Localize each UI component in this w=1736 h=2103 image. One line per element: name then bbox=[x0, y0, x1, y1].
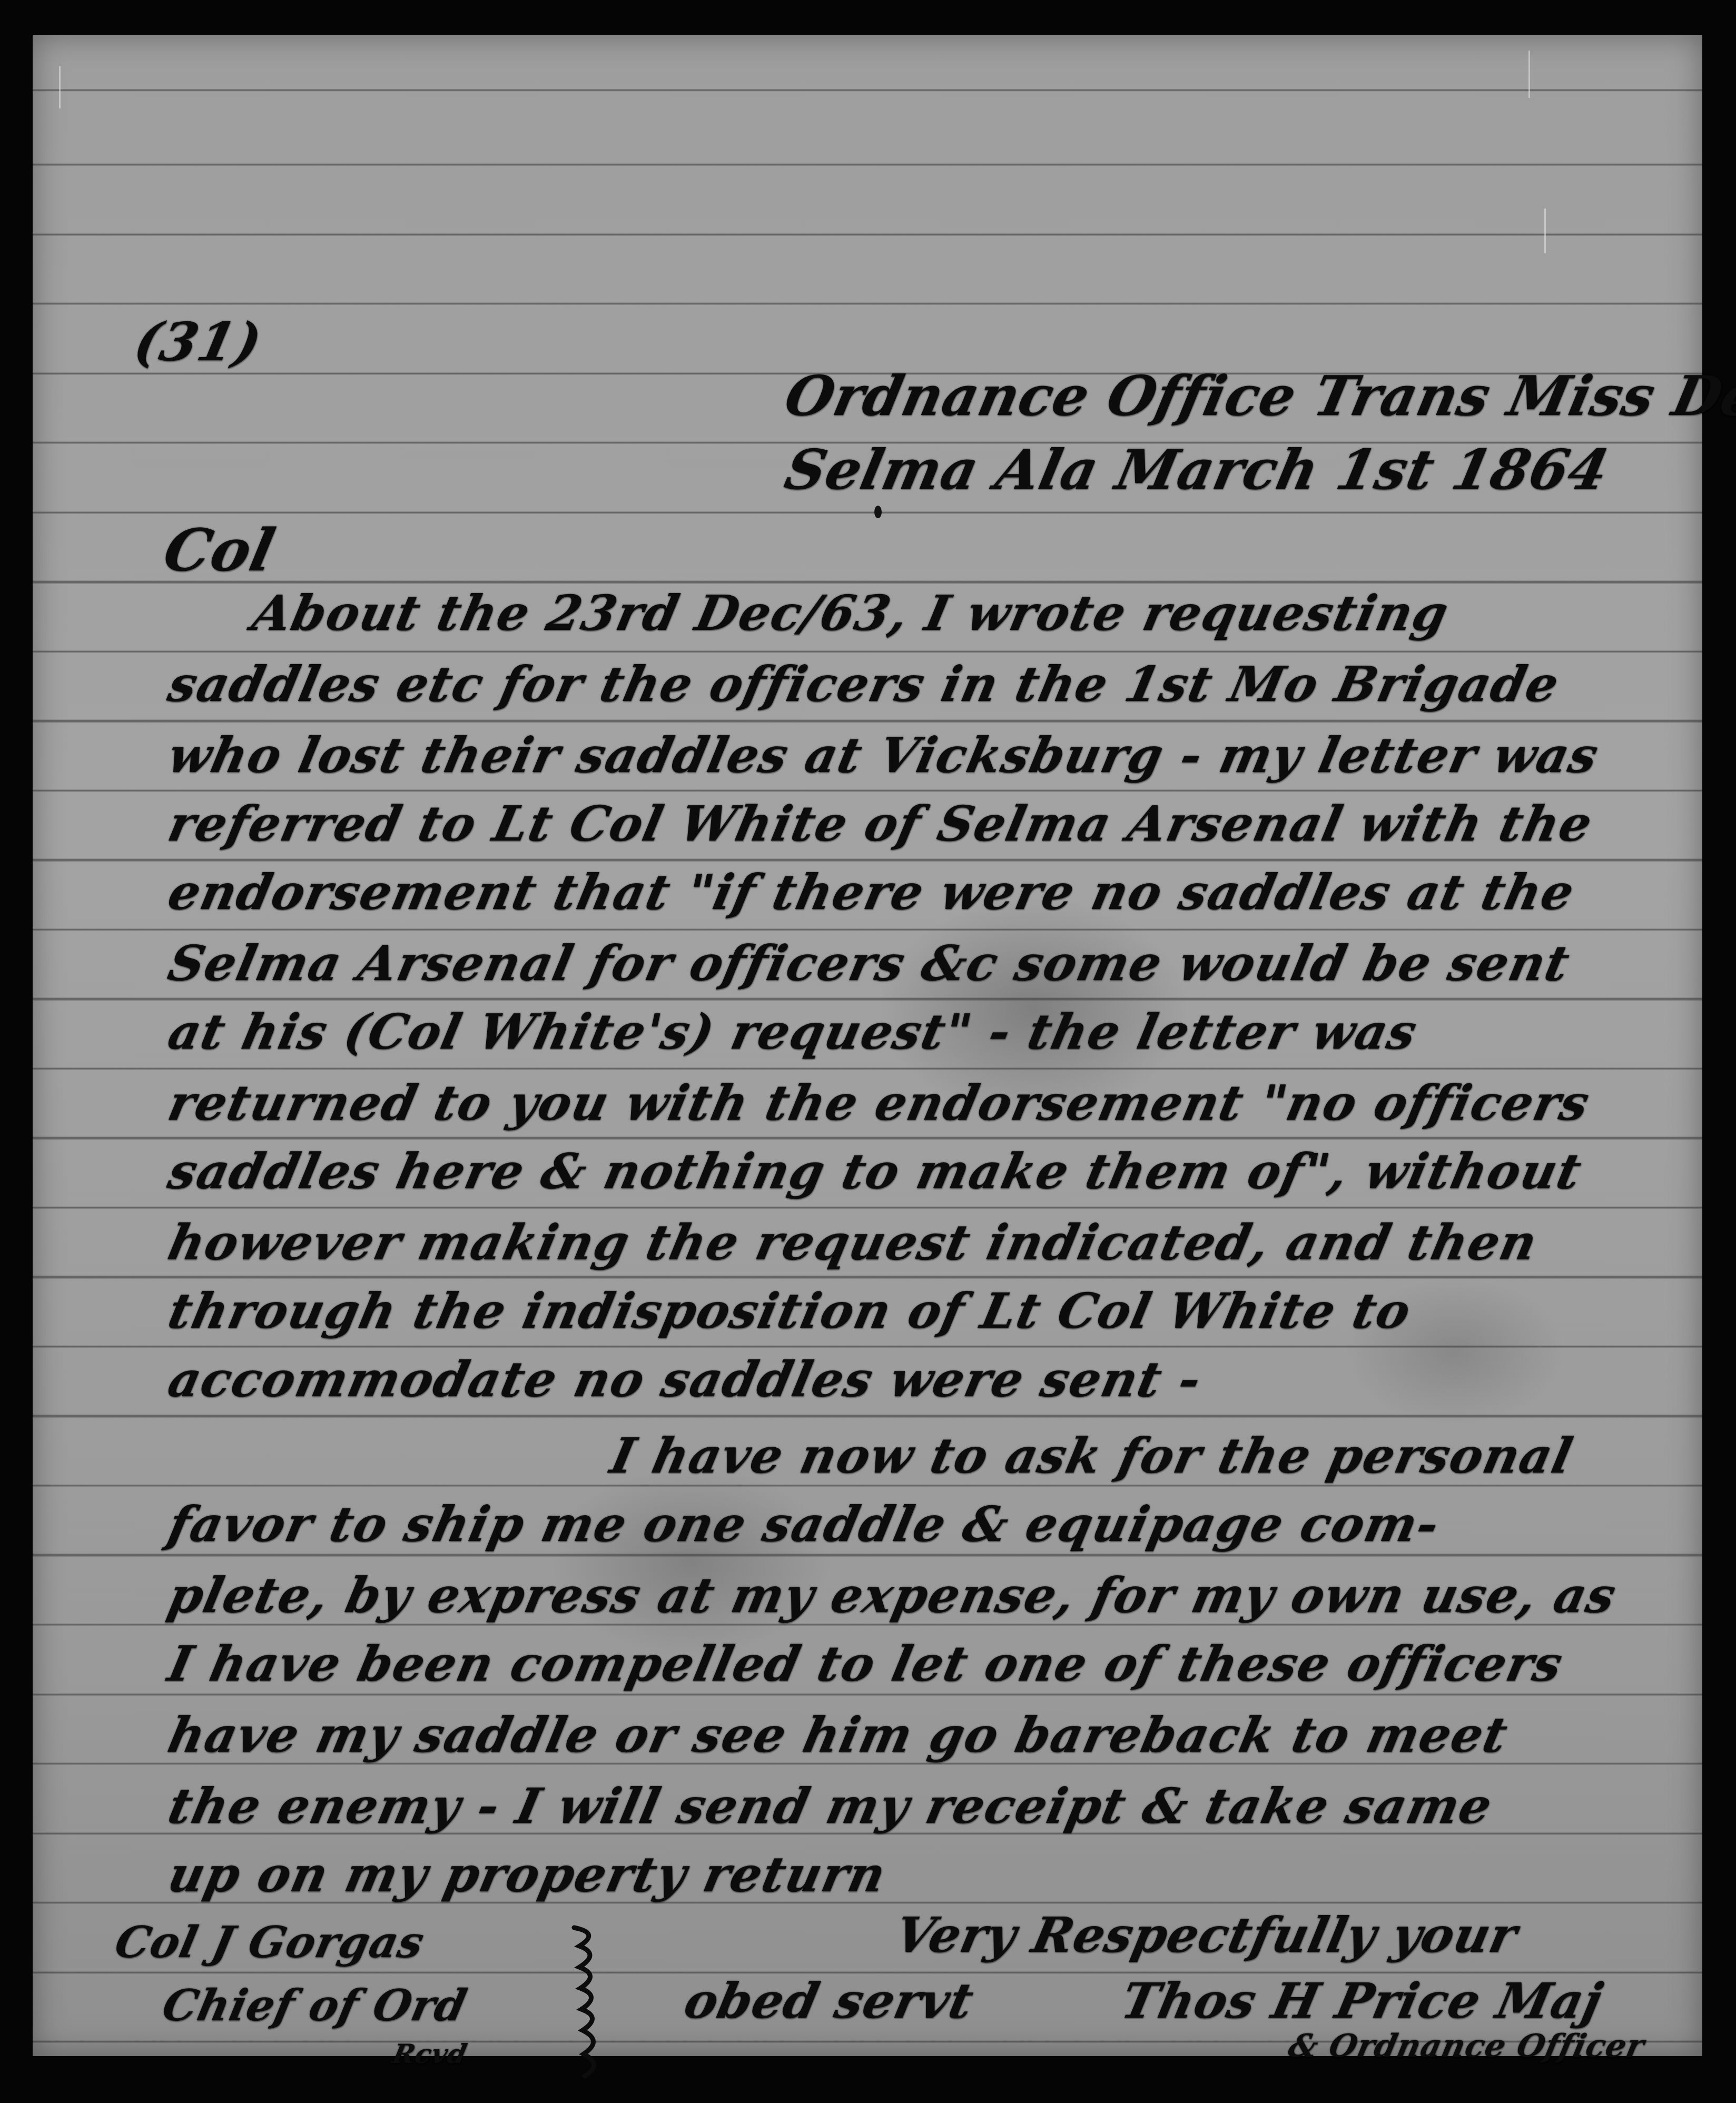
film-scratch bbox=[1528, 51, 1530, 98]
body-line: at his (Col White's) request" - the lett… bbox=[163, 1003, 1423, 1060]
body-line: About the 23rd Dec/63, I wrote requestin… bbox=[248, 585, 1454, 641]
closing-valediction: Very Respectfully your bbox=[890, 1907, 1523, 1963]
body-line: endorsement that "if there were no saddl… bbox=[163, 864, 1580, 921]
body-line: saddles here & nothing to make them of",… bbox=[163, 1143, 1587, 1200]
body-line: favor to ship me one saddle & equipage c… bbox=[163, 1496, 1445, 1553]
letter-heading-office: Ordnance Office Trans Miss Dept bbox=[780, 363, 1736, 428]
ink-dot bbox=[874, 506, 882, 518]
microfilm-frame: (31) Ordnance Office Trans Miss Dept Sel… bbox=[0, 0, 1736, 2103]
body-line: I have been compelled to let one of thes… bbox=[163, 1635, 1568, 1692]
received-mark: Rcvd bbox=[390, 2038, 470, 2069]
folio-number: (31) bbox=[129, 311, 268, 373]
addressee-title: Chief of Ord bbox=[158, 1980, 471, 2031]
body-line: Selma Arsenal for officers &c some would… bbox=[163, 935, 1575, 992]
signature-title: & Ordnance Officer bbox=[1285, 2028, 1648, 2065]
film-scratch bbox=[59, 66, 61, 108]
addressee-name: Col J Gorgas bbox=[111, 1917, 429, 1968]
film-scratch bbox=[1544, 209, 1546, 253]
body-line: have my saddle or see him go bareback to… bbox=[163, 1706, 1513, 1763]
body-line: who lost their saddles at Vicksburg - my… bbox=[163, 727, 1604, 784]
body-line: plete, by express at my expense, for my … bbox=[163, 1567, 1622, 1624]
body-line: through the indisposition of Lt Col Whit… bbox=[163, 1282, 1416, 1339]
letter-heading-place-date: Selma Ala March 1st 1864 bbox=[780, 437, 1614, 502]
salutation: Col bbox=[158, 516, 281, 584]
signature: Thos H Price Maj bbox=[1117, 1972, 1607, 2029]
body-line: up on my property return bbox=[163, 1846, 892, 1903]
bracket-flourish-icon bbox=[569, 1922, 606, 2080]
body-line: returned to you with the endorsement "no… bbox=[163, 1074, 1595, 1131]
body-line: the enemy - I will send my receipt & tak… bbox=[163, 1778, 1498, 1834]
body-line: I have now to ask for the personal bbox=[606, 1427, 1578, 1484]
body-line: saddles etc for the officers in the 1st … bbox=[163, 656, 1564, 713]
closing-servant: obed servt bbox=[679, 1972, 979, 2029]
body-line: accommodate no saddles were sent - bbox=[163, 1351, 1207, 1408]
body-line: however making the request indicated, an… bbox=[163, 1214, 1543, 1271]
body-line: referred to Lt Col White of Selma Arsena… bbox=[163, 795, 1598, 852]
